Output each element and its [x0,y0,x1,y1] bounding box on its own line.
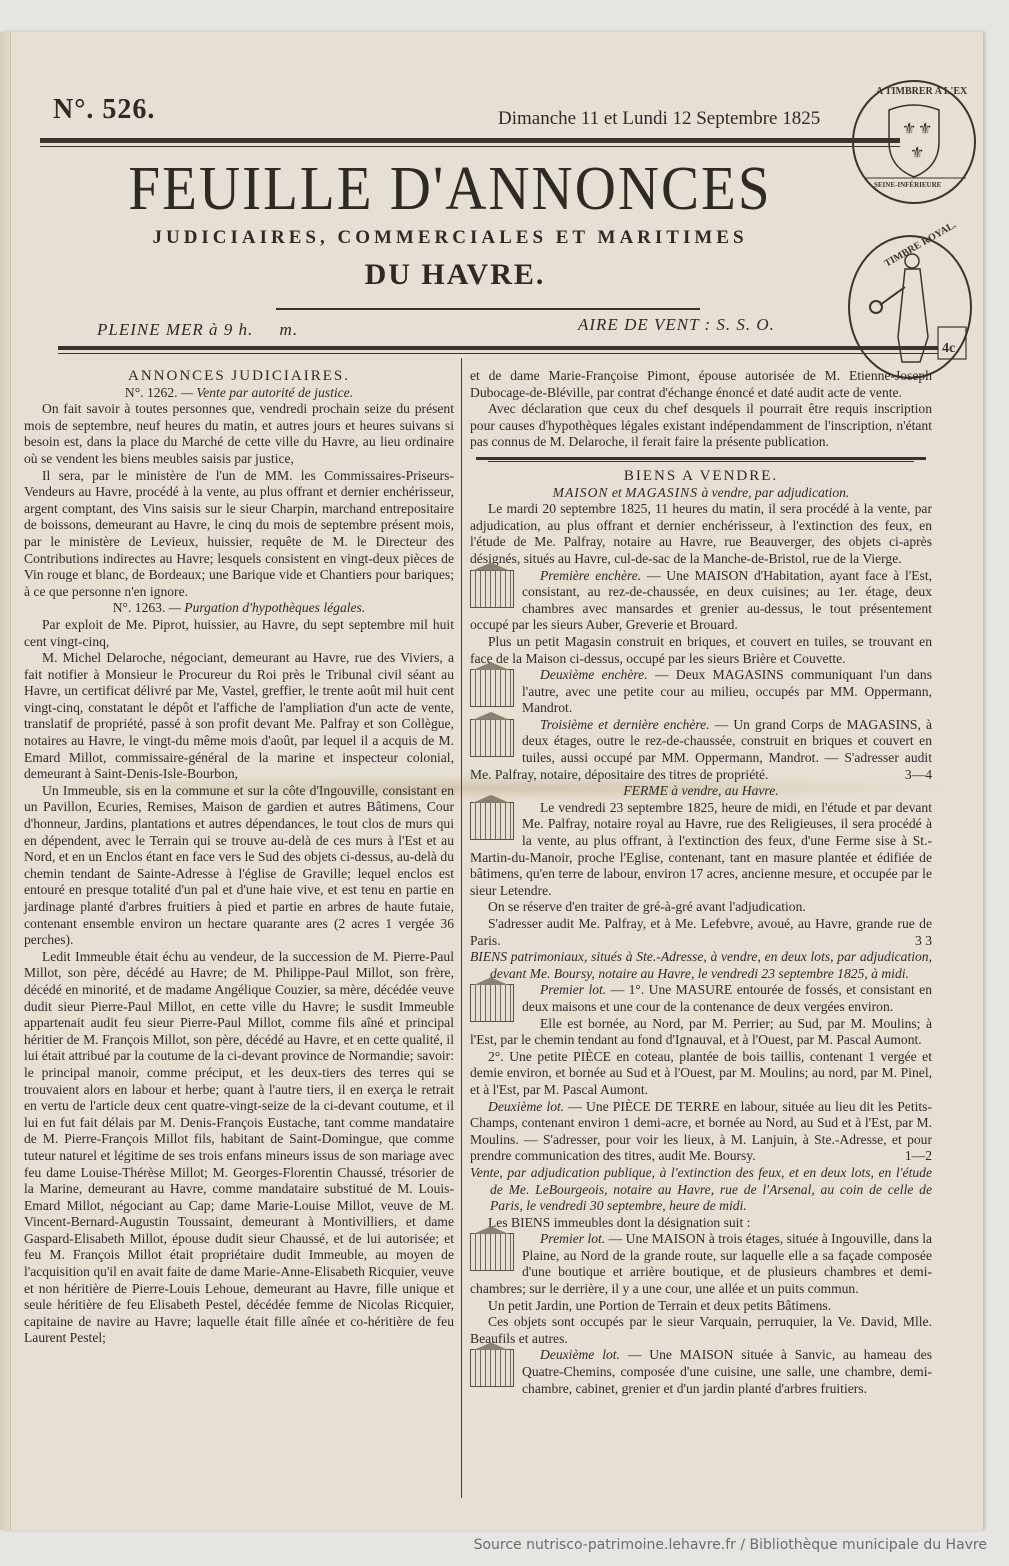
lot-label: Troisième et dernière enchère. [540,717,710,732]
ad-heading-ferme: FERME à vendre, au Havre. [470,783,932,800]
svg-text:⚜: ⚜ [902,119,916,138]
paragraph: 2°. Une petite PIÈCE en coteau, plantée … [470,1049,932,1099]
masthead-subtitle: JUDICIAIRES, COMMERCIALES ET MARITIMES [0,227,900,249]
left-column: ANNONCES JUDICIAIRES. N°. 1262. — Vente … [24,368,454,1347]
svg-text:⚜: ⚜ [918,119,932,138]
royal-stamp-icon: TIMBRE ROYAL. 4c [848,235,972,379]
insertion-ref: 1—2 [887,1148,932,1165]
farm-icon [470,802,514,840]
paragraph: et de dame Marie-Françoise Pimont, épous… [470,368,932,401]
section-rule-thin [488,461,914,462]
source-credit: Source nutrisco-patrimoine.lehavre.fr / … [0,1537,987,1553]
heading-part: et [609,485,626,500]
heading-part: à vendre, par adjudication. [698,485,849,500]
paragraph: Avec déclaration que ceux du chef desque… [470,401,932,451]
paragraph: Le vendredi 23 septembre 1825, heure de … [470,800,932,900]
right-column: et de dame Marie-Françoise Pimont, épous… [470,368,932,1397]
masthead-bottom-rule [58,346,938,350]
warehouse-icon [470,719,514,757]
paragraph: M. Michel Delaroche, négociant, demeuran… [24,650,454,783]
paragraph: On fait savoir à toutes personnes que, v… [24,401,454,467]
stamp-top-text: A TIMBRER A L'EX [876,86,967,97]
lot-label: Deuxième enchère. [540,667,648,682]
ad-heading-maison-magasins: MAISON et MAGASINS à vendre, par adjudic… [470,485,932,502]
warehouse-icon [470,669,514,707]
svg-text:⚜: ⚜ [910,143,924,162]
notice-number: N°. 1262. [125,385,178,400]
lot-label: Premier lot. [540,1231,605,1246]
lot-label: Premier lot. [540,982,606,997]
notice-1263-heading: N°. 1263. — Purgation d'hypothèques léga… [24,600,454,617]
column-divider [461,358,462,1498]
ad-heading-biens-patrimoniaux: BIENS patrimoniaux, situés à Ste.-Adress… [470,949,932,982]
paragraph: Un Immeuble, sis en la commune et sur la… [24,783,454,949]
tax-stamp-fleur-de-lis-icon: ⚜ ⚜ ⚜ A TIMBRER A L'EX SEINE-INFÉRIEURE [852,80,976,204]
issue-date: Dimanche 11 et Lundi 12 Septembre 1825 [498,108,820,130]
contact-text: S'adresser audit Me. Palfray, et à Me. L… [470,916,932,948]
lot-label: Deuxième lot. [540,1347,620,1362]
farmhouse-icon [470,984,514,1022]
paragraph: Il sera, par le ministère de l'un de MM.… [24,468,454,601]
issue-number: N°. 526. [53,94,155,126]
notice-title: — Vente par autorité de justice. [181,385,353,400]
paragraph: Elle est bornée, au Nord, par M. Perrier… [470,1016,932,1049]
ad-text: Le vendredi 23 septembre 1825, heure de … [470,800,932,898]
stamp-bottom-text: SEINE-INFÉRIEURE [874,181,941,189]
high-tide-info: PLEINE MER à 9 h. m. [97,320,298,340]
house-icon [470,1349,514,1387]
paragraph: Ces objets sont occupés par le sieur Var… [470,1314,932,1347]
lot-label: Première enchère. [540,568,641,583]
house-icon [470,1233,514,1271]
masthead-bottom-rule-thin [58,353,938,354]
lot-paragraph: Premier lot. — 1°. Une MASURE entourée d… [470,982,932,1015]
paragraph: Plus un petit Magasin construit en briqu… [470,634,932,667]
top-rule-thin [40,146,900,147]
paragraph: S'adresser audit Me. Palfray, et à Me. L… [470,916,932,949]
paragraph: Le mardi 20 septembre 1825, 11 heures du… [470,501,932,567]
newspaper-page: N°. 526. Dimanche 11 et Lundi 12 Septemb… [0,32,983,1530]
masthead-city: DU HAVRE. [0,258,910,292]
insertion-ref: 3—4 [887,767,932,784]
section-title-annonces-judiciaires: ANNONCES JUDICIAIRES. [24,368,454,385]
lot-label: Deuxième lot. [488,1099,564,1114]
lot-paragraph: Premier lot. — Une MAISON à trois étages… [470,1231,932,1297]
lot-paragraph: Deuxième lot. — Une PIÈCE DE TERRE en la… [470,1099,932,1165]
paragraph: Un petit Jardin, une Portion de Terrain … [470,1298,932,1315]
paragraph: Les BIENS immeubles dont la désignation … [470,1215,932,1232]
lot-paragraph: Deuxième enchère. — Deux MAGASINS commun… [470,667,932,717]
notice-1262-heading: N°. 1262. — Vente par autorité de justic… [24,385,454,402]
top-rule [40,138,900,143]
paragraph: On se réserve d'en traiter de gré-à-gré … [470,899,932,916]
section-title-biens-a-vendre: BIENS A VENDRE. [470,468,932,485]
lot-paragraph: Deuxième lot. — Une MAISON située à Sanv… [470,1347,932,1397]
section-rule [476,457,926,460]
stamp2-value: 4c [942,341,955,357]
wind-direction-info: AIRE DE VENT : S. S. O. [578,315,775,335]
ad-heading-vente-adjudication: Vente, par adjudication publique, à l'ex… [470,1165,932,1215]
paragraph: Ledit Immeuble était échu au vendeur, de… [24,949,454,1347]
lot-paragraph: Première enchère. — Une MAISON d'Habitat… [470,568,932,634]
insertion-ref: 3 3 [897,933,932,950]
lot-paragraph: Troisième et dernière enchère. — Un gran… [470,717,932,783]
heading-part: MAGASINS [625,485,698,500]
heading-part: MAISON [553,485,609,500]
masthead-title: FEUILLE D'ANNONCES [0,153,900,225]
paragraph: Par exploit de Me. Piprot, huissier, au … [24,617,454,650]
notice-number: N°. 1263. [113,600,166,615]
house-icon [470,570,514,608]
notice-title: — Purgation d'hypothèques légales. [169,600,365,615]
masthead-rule [276,308,700,310]
